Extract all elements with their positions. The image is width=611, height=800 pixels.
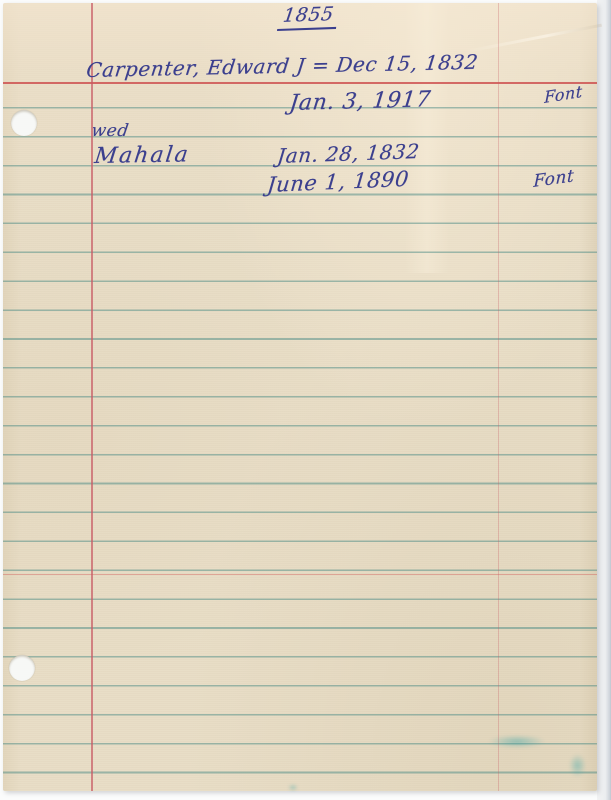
- hole-punch-top: [11, 110, 37, 136]
- husband-name-line: Carpenter, Edward J = Dec 15, 1832: [85, 51, 479, 82]
- year-heading: 1855: [277, 4, 339, 31]
- scanned-document: 1855 Carpenter, Edward J = Dec 15, 1832 …: [0, 0, 611, 800]
- year-heading-text: 1855: [277, 4, 339, 31]
- husband-death-date: Jan. 3, 1917: [288, 87, 432, 116]
- notebook-page: 1855 Carpenter, Edward J = Dec 15, 1832 …: [3, 3, 597, 791]
- husband-margin-note: Font: [544, 83, 583, 108]
- paper-crease-top-right: [464, 24, 602, 54]
- wife-name: Mahala: [93, 142, 191, 169]
- ink-smudge-small: [569, 754, 586, 777]
- hole-punch-bottom: [9, 655, 35, 681]
- ink-smudge-dot: [288, 784, 298, 791]
- right-margin-rule: [498, 3, 499, 791]
- ink-smudge-large: [489, 735, 545, 748]
- relation-label: wed: [90, 122, 130, 142]
- scan-right-edge: [597, 0, 611, 800]
